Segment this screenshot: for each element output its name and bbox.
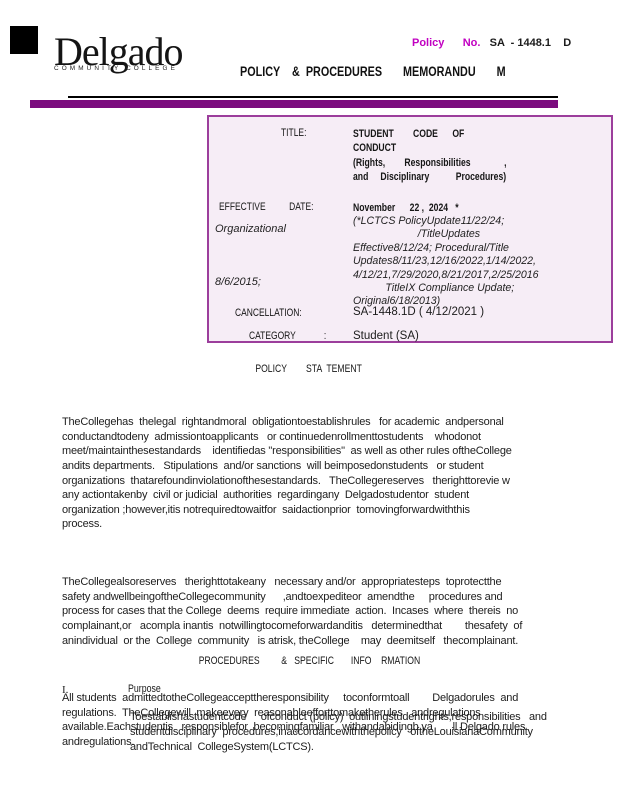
category-value: Student (SA): [353, 330, 419, 342]
title-box: TITLE: STUDENT CODE OF CONDUCT (Rights, …: [207, 115, 613, 343]
title-subtitle: (Rights, Responsibilities , and Discipli…: [353, 156, 545, 184]
logo-subtitle: COMMUNITY COLLEGE: [54, 65, 214, 72]
memo-title: POLICY & PROCEDURES MEMORANDU M: [240, 64, 572, 79]
title-label: TITLE:: [281, 127, 313, 139]
purpose-heading: Purpose: [128, 683, 169, 695]
delgado-logo: Delgado COMMUNITY COLLEGE: [54, 31, 214, 72]
effective-date-value: November 22 , 2024 *: [353, 201, 485, 215]
title-value: STUDENT CODE OF CONDUCT: [353, 127, 492, 155]
header-accent-bar: [30, 100, 558, 108]
effective-date-label: EFFECTIVE DATE:: [219, 201, 337, 213]
revision-history-note: (*LCTCS PolicyUpdate11/22/24; /TitleUpda…: [353, 215, 539, 309]
cancellation-value: SA-1448.1D ( 4/12/2021 ): [353, 306, 484, 318]
policy-no-value: SA - 1448.1 D: [480, 37, 571, 49]
policy-paragraph-1: TheCollegehas thelegal rightandmoral obl…: [62, 415, 525, 532]
purpose-paragraph: Toestablishastudentcode ofconduct (polic…: [130, 710, 547, 754]
policy-statement-heading: POLICY STA TEMENT: [0, 363, 618, 375]
policy-paragraph-2: TheCollegealsoreserves therighttotakeany…: [62, 575, 525, 648]
date-note: 8/6/2015;: [215, 276, 261, 288]
organizational-note: Organizational: [215, 223, 286, 235]
category-label: CATEGORY :: [249, 330, 346, 342]
cancellation-label: CANCELLATION:: [235, 307, 318, 319]
corner-black-square: [10, 26, 38, 54]
policy-number: Policy No. SA - 1448.1 D: [412, 37, 571, 49]
procedures-heading: PROCEDURES & SPECIFIC INFO RMATION: [0, 655, 618, 667]
document-page: Delgado COMMUNITY COLLEGE Policy No. SA …: [0, 0, 618, 800]
purpose-numeral: I.: [62, 684, 68, 696]
policy-no-label: Policy No.: [412, 37, 480, 49]
header-rule: [68, 96, 558, 98]
